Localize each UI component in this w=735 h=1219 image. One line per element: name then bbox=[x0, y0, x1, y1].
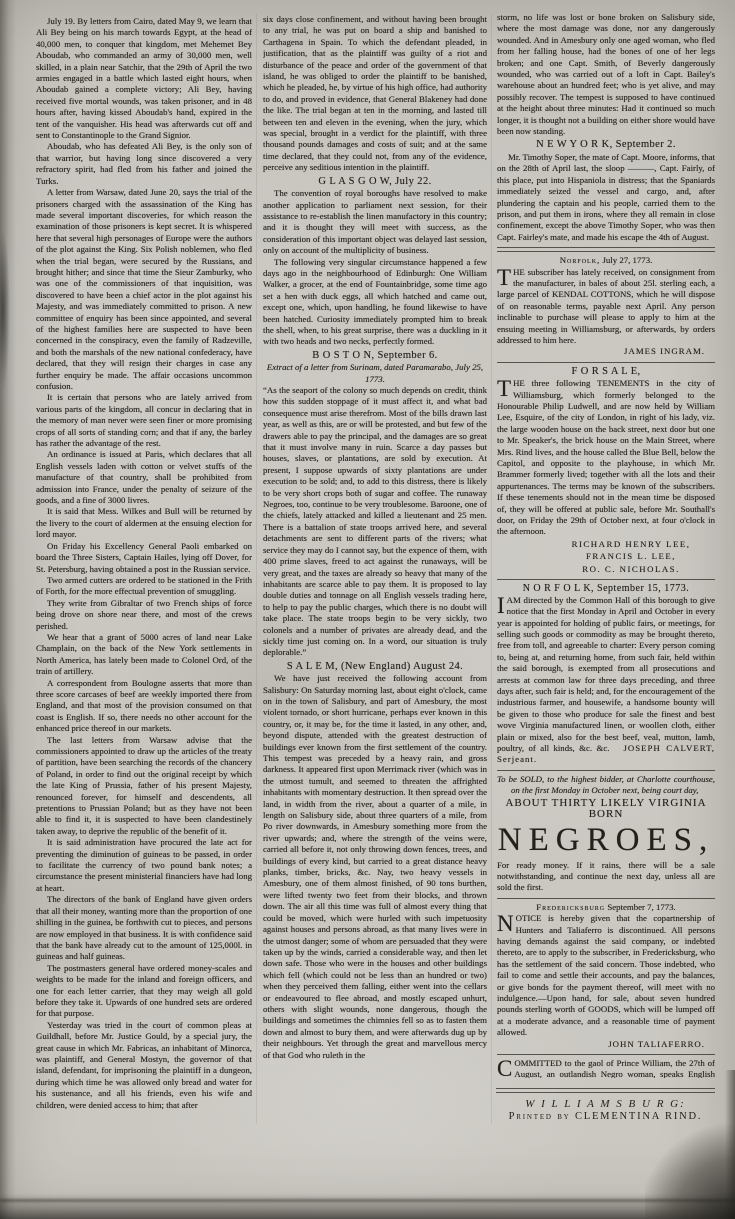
advertisement-ingram: Norfolk, July 27, 1773. THE subscriber h… bbox=[497, 255, 715, 358]
ad-caps-line: ABOUT THIRTY LIKELY VIRGINIA BORN bbox=[497, 798, 715, 821]
news-paragraph: The following very singular circumstance… bbox=[263, 257, 487, 348]
ad-body-text: HE subscriber has lately received, on co… bbox=[497, 267, 715, 345]
news-column-left: July 19. By letters from Cairo, dated Ma… bbox=[36, 16, 252, 1128]
news-paragraph: It is said administration have procured … bbox=[36, 837, 252, 894]
news-paragraph: The postmasters general have ordered mon… bbox=[36, 963, 252, 1020]
advertisement-gaol: COMMITTED to the gaol of Prince William,… bbox=[497, 1058, 715, 1078]
advertisement-negroes-sale: To be SOLD, to the highest bidder, at Ch… bbox=[497, 774, 715, 894]
ad-body: NOTICE is hereby given that the copartne… bbox=[497, 913, 715, 1038]
news-paragraph: An ordinance is issued at Paris, which d… bbox=[36, 449, 252, 506]
advertisement-taliaferro: Fredericksburg September 7, 1773. NOTICE… bbox=[497, 902, 715, 1050]
news-paragraph: On Friday his Excellency General Paoli e… bbox=[36, 541, 252, 575]
news-paragraph: Yesterday was tried in the court of comm… bbox=[36, 1020, 252, 1111]
drop-cap: N bbox=[497, 913, 516, 933]
ad-body-text: OMMITTED to the gaol of Prince William, … bbox=[497, 1058, 715, 1078]
news-paragraph: We hear that a grant of 5000 acres of la… bbox=[36, 632, 252, 678]
boston-letter-subheading: Extract of a letter from Surinam, dated … bbox=[263, 362, 487, 385]
ad-body: THE subscriber has lately received, on c… bbox=[497, 267, 715, 347]
glasgow-dateline-heading: G L A S G O W, July 22. bbox=[263, 176, 487, 187]
advertisement-tenements: F O R S A L E, THE three following TENEM… bbox=[497, 366, 715, 576]
section-rule bbox=[497, 362, 715, 363]
news-column-right: storm, no life was lost or bone broken o… bbox=[497, 12, 715, 1078]
ad-body-text: OTICE is hereby given that the copartner… bbox=[497, 913, 715, 1037]
news-paragraph: July 19. By letters from Cairo, dated Ma… bbox=[36, 16, 252, 141]
printer-imprint: W I L L I A M S B U R G: Printed by CLEM… bbox=[496, 1084, 715, 1122]
ad-body-text: AM directed by the Common Hall of this b… bbox=[497, 595, 715, 753]
section-rule bbox=[497, 770, 715, 771]
boston-dateline-heading: B O S T O N, September 6. bbox=[263, 350, 487, 361]
paper-damage-corner bbox=[645, 1119, 735, 1219]
section-rule bbox=[497, 898, 715, 899]
ad-intro: To be SOLD, to the highest bidder, at Ch… bbox=[497, 774, 715, 797]
ad-body-text: HE three following TENEMENTS in the city… bbox=[497, 378, 715, 536]
news-paragraph-continuation: six days close confinement, and without … bbox=[263, 14, 487, 174]
ad-body: COMMITTED to the gaol of Prince William,… bbox=[497, 1058, 715, 1078]
imprint-rule bbox=[496, 1088, 715, 1093]
ad-signature: RO. C. NICHOLAS. bbox=[497, 563, 715, 576]
news-paragraph: They write from Gibraltar of two French … bbox=[36, 598, 252, 632]
ad-body: I AM directed by the Common Hall of this… bbox=[497, 595, 715, 766]
news-paragraph: Aboudab, who has defeated Ali Bey, is th… bbox=[36, 141, 252, 187]
advertisement-fairs: N O R F O L K, September 15, 1773. I AM … bbox=[497, 583, 715, 766]
paper-edge-shadow-left bbox=[0, 0, 16, 1219]
newyork-dateline-heading: N E W Y O R K, September 2. bbox=[497, 139, 715, 150]
ad-dateline-date: September 7, 1773. bbox=[607, 902, 675, 912]
drop-cap: C bbox=[497, 1058, 514, 1078]
salem-dateline-heading: S A L E M, (New England) August 24. bbox=[263, 661, 487, 672]
news-paragraph: We have just received the following acco… bbox=[263, 673, 487, 1061]
column-divider bbox=[256, 14, 257, 1124]
news-paragraph: It is certain that persons who are latel… bbox=[36, 392, 252, 449]
ad-signature: JAMES INGRAM. bbox=[497, 346, 715, 357]
ad-heading-for-sale: F O R S A L E, bbox=[497, 366, 715, 377]
news-paragraph: A letter from Warsaw, dated June 20, say… bbox=[36, 187, 252, 392]
news-paragraph: The directors of the bank of England hav… bbox=[36, 894, 252, 962]
ad-body: THE three following TENEMENTS in the cit… bbox=[497, 378, 715, 538]
ad-signature: JOHN TALIAFERRO. bbox=[497, 1039, 715, 1050]
ad-signature: RICHARD HENRY LEE, bbox=[497, 538, 715, 551]
ad-display-word: NEGROES, bbox=[497, 822, 715, 858]
news-paragraph: It is said that Mess. Wilkes and Bull wi… bbox=[36, 506, 252, 540]
ad-dateline: Norfolk, July 27, 1773. bbox=[497, 255, 715, 266]
column-divider bbox=[491, 14, 492, 1124]
paper-edge-shadow-bottom bbox=[0, 1193, 735, 1219]
ad-dateline-city: Norfolk, bbox=[560, 255, 601, 265]
news-paragraph: The convention of royal boroughs have re… bbox=[263, 188, 487, 256]
drop-cap: T bbox=[497, 378, 513, 398]
news-paragraph: “As the seaport of the colony so much de… bbox=[263, 385, 487, 659]
drop-cap: T bbox=[497, 267, 513, 287]
news-column-middle: six days close confinement, and without … bbox=[263, 14, 487, 1130]
section-rule bbox=[497, 247, 715, 252]
ad-dateline: Fredericksburg September 7, 1773. bbox=[497, 902, 715, 913]
ad-body: For ready money. If it rains, there will… bbox=[497, 860, 715, 894]
news-paragraph: The last letters from Warsaw advise that… bbox=[36, 735, 252, 838]
ad-dateline: N O R F O L K, September 15, 1773. bbox=[497, 583, 715, 594]
news-paragraph: Mr. Timothy Soper, the mate of Capt. Moo… bbox=[497, 152, 715, 243]
newspaper-page: July 19. By letters from Cairo, dated Ma… bbox=[0, 0, 735, 1219]
drop-cap: I bbox=[497, 595, 507, 615]
ad-signature: FRANCIS L. LEE, bbox=[497, 550, 715, 563]
news-paragraph: Two armed cutters are ordered to be stat… bbox=[36, 575, 252, 598]
section-rule bbox=[497, 579, 715, 580]
ad-dateline-city: Fredericksburg bbox=[536, 902, 605, 912]
ad-dateline-date: July 27, 1773. bbox=[602, 255, 652, 265]
section-rule bbox=[497, 1054, 715, 1055]
imprint-city: W I L L I A M S B U R G: bbox=[496, 1098, 715, 1110]
news-paragraph-continuation: storm, no life was lost or bone broken o… bbox=[497, 12, 715, 137]
news-paragraph: A correspondent from Boulogne asserts th… bbox=[36, 678, 252, 735]
